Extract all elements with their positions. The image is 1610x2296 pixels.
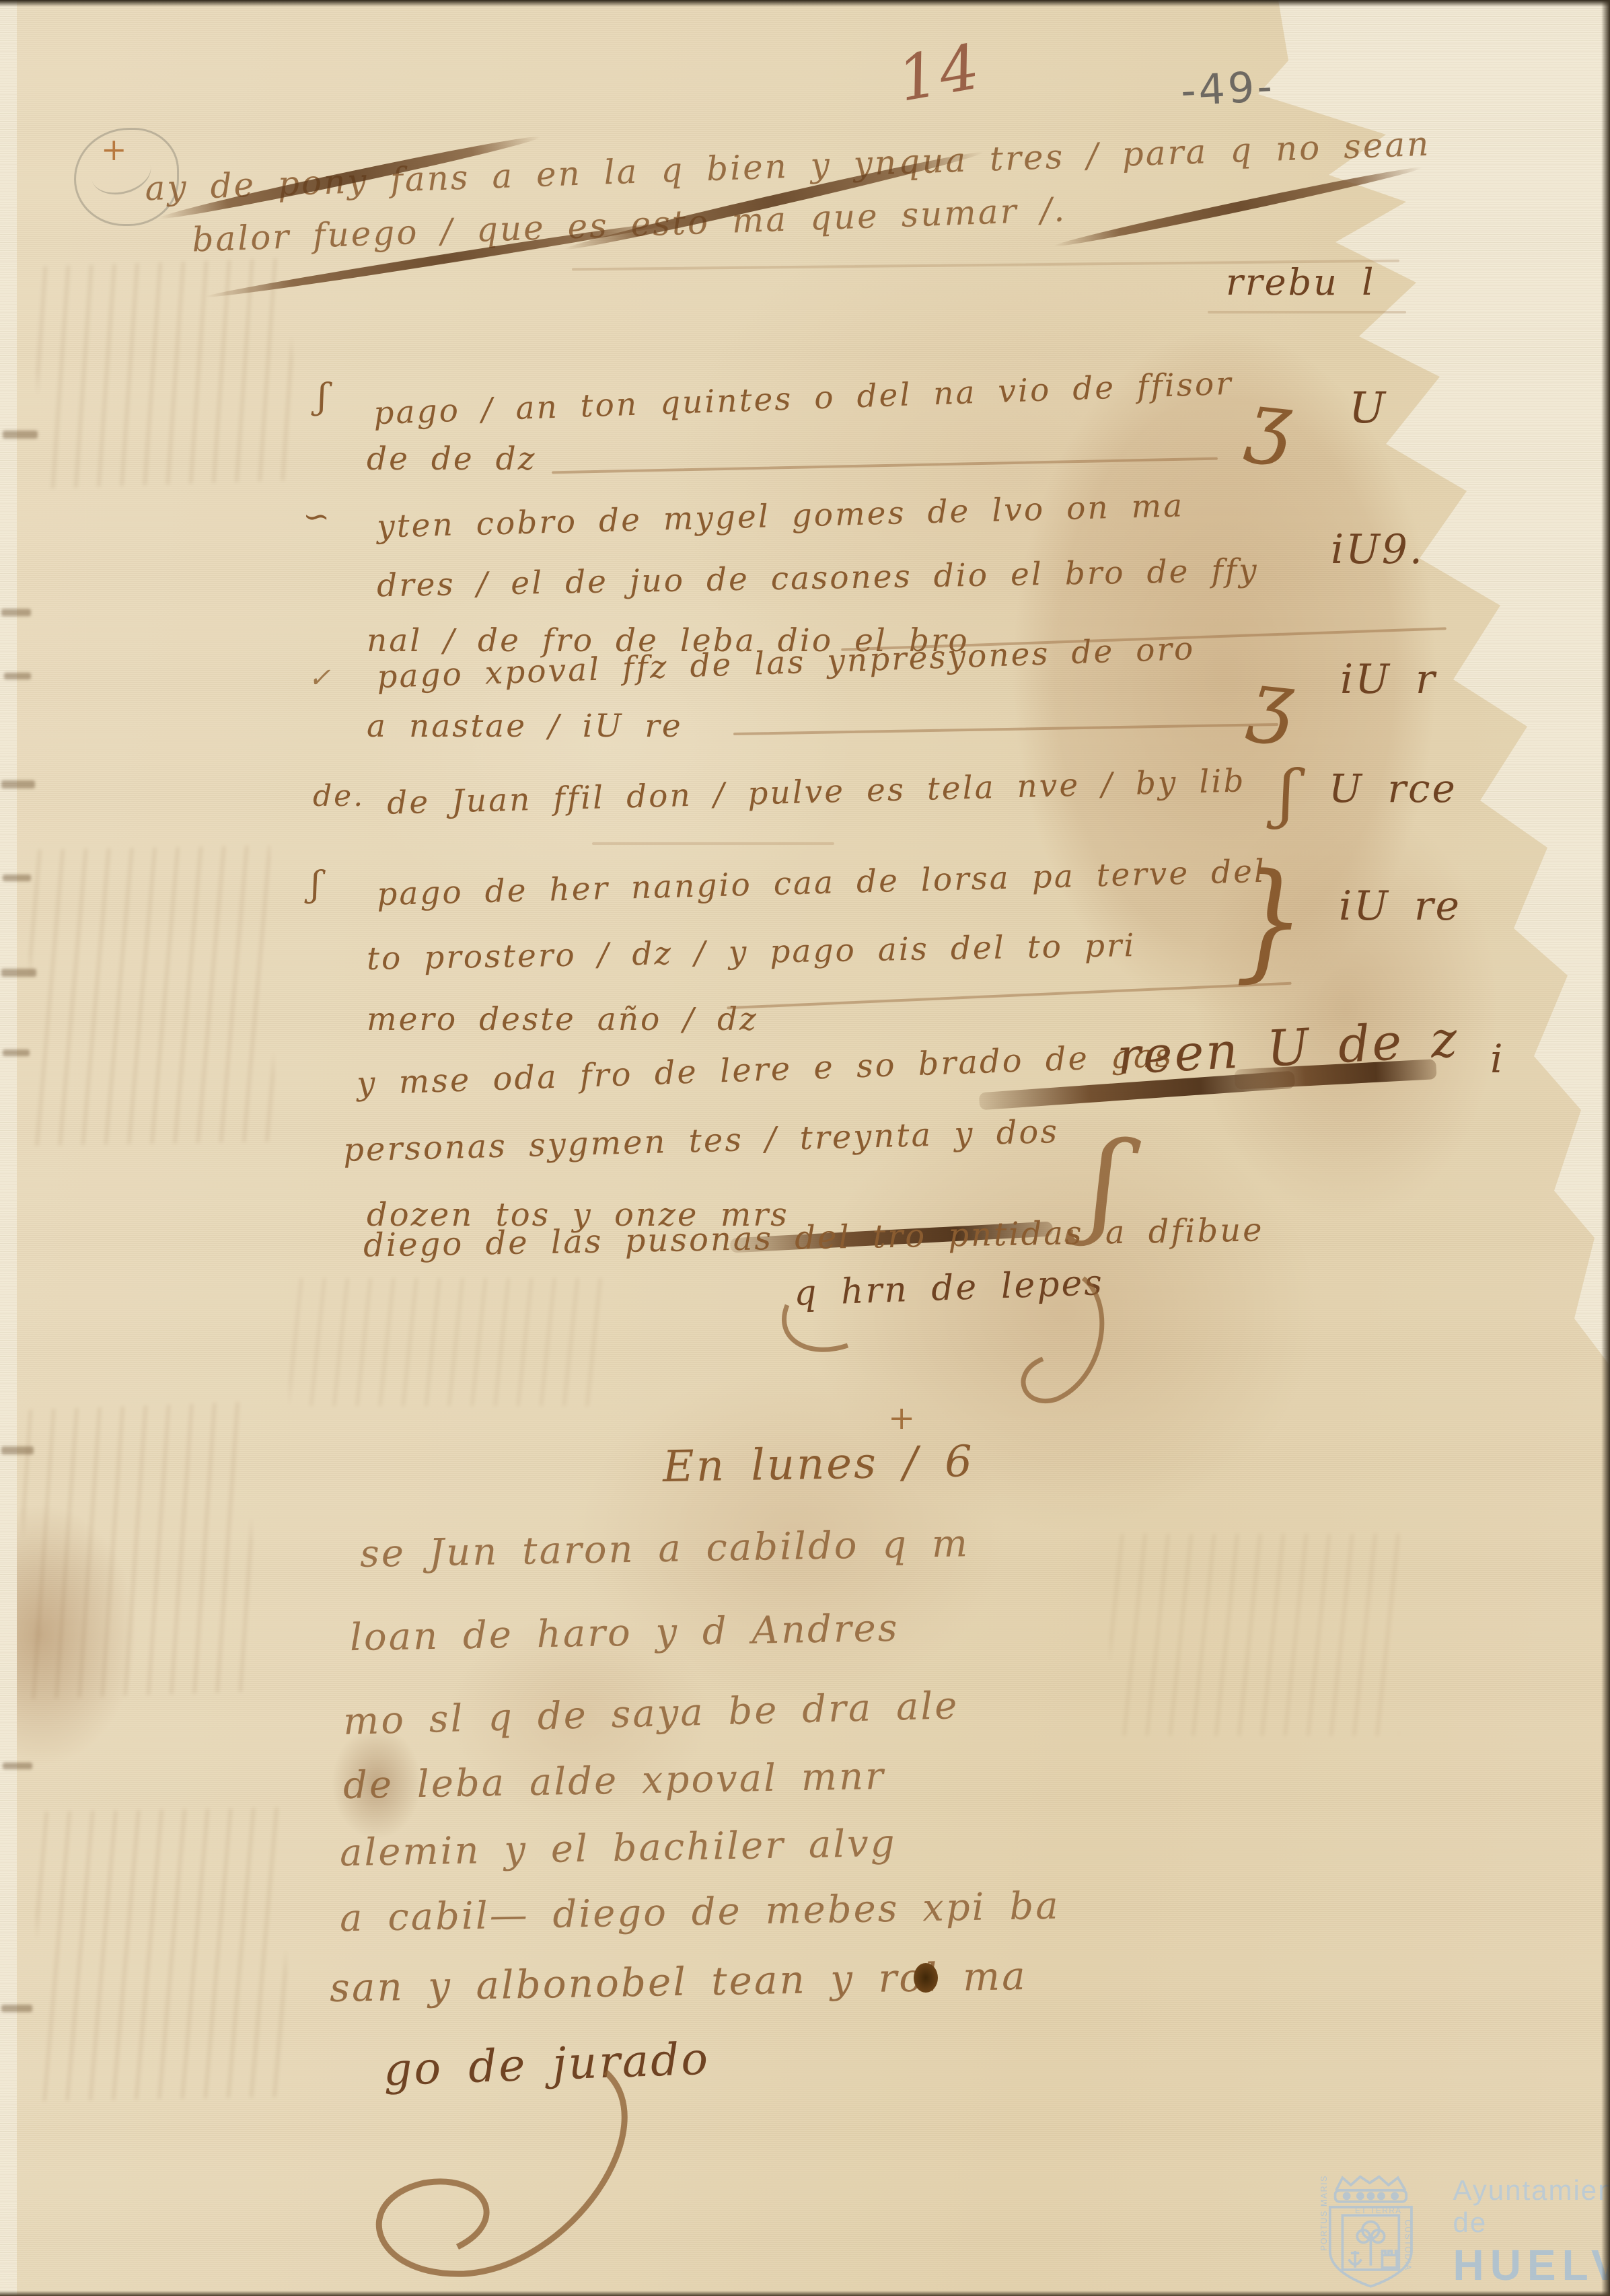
edge-mark (3, 875, 31, 881)
folio-number-ink: 14 (893, 30, 987, 116)
edge-mark (1, 2005, 32, 2012)
coat-motto-top: ET TERRA (1355, 2207, 1402, 2215)
entry-brace: } (1235, 846, 1307, 995)
signature-flourish (289, 2045, 706, 2294)
section-cross-icon: + (888, 1399, 917, 1437)
entry-mark: de. (313, 779, 365, 813)
header-cross-icon: + (101, 131, 129, 168)
coat-motto-right: CUSTODIA (1403, 2219, 1413, 2270)
bleedthrough-text (33, 258, 296, 488)
amount-numeral: iU r (1340, 656, 1437, 703)
huelva-coat-of-arms-icon: PORTUS MARIS ET TERRA CUSTODIA (1315, 2172, 1440, 2293)
bleedthrough-text (28, 846, 275, 1146)
entry-brace: ʃ (1278, 757, 1298, 831)
edge-mark (1, 609, 31, 616)
edge-mark (3, 431, 38, 439)
photo-edge-bottom (0, 2291, 1610, 2296)
signature-flourish (767, 1265, 1144, 1413)
entry-brace: ʒ (1243, 375, 1298, 469)
amount-column-header: rrebu l (1226, 261, 1375, 303)
coat-motto-left: PORTUS MARIS (1319, 2175, 1329, 2251)
section-heading: En lunes / 6 (662, 1437, 974, 1492)
ink-blot (914, 1963, 938, 1993)
ruled-line (1208, 311, 1406, 313)
edge-mark (1, 969, 36, 977)
entry-mark: ʃ (318, 377, 329, 417)
ledger-entry-line: mero deste año / dz (367, 1001, 758, 1038)
amount-numeral: iU9. (1331, 526, 1424, 573)
entry-fill-rule (592, 842, 834, 845)
edge-mark (1, 780, 35, 788)
huelva-watermark: PORTUS MARIS ET TERRA CUSTODIA Ayuntamie… (1315, 2172, 1610, 2293)
edge-mark (1, 1446, 34, 1454)
amount-numeral: iU re (1339, 883, 1461, 930)
bleedthrough-text (1110, 1534, 1399, 1736)
entry-mark: ✓ (308, 663, 333, 694)
amount-numeral: U rce (1329, 766, 1457, 811)
bleedthrough-text (289, 1278, 606, 1406)
photo-edge-right (1601, 0, 1610, 2296)
entry-mark: ʃ (311, 864, 322, 905)
entry-mark: ∽ (303, 498, 332, 535)
ledger-entry-line: a nastae / iU re (367, 708, 683, 745)
photo-edge-top (0, 0, 1610, 7)
folio-number-pencil: -49- (1179, 61, 1276, 115)
watermark-org-label: Ayuntamiento de (1453, 2174, 1610, 2239)
bleedthrough-text (19, 1402, 258, 1699)
scanned-manuscript-photo: { "top": { "folio_ink": "14", "folio_pen… (0, 0, 1610, 2296)
edge-mark (3, 1049, 30, 1056)
ledger-entry-line: de de dz (367, 441, 537, 478)
bleedthrough-text (34, 1808, 288, 2101)
edge-mark (3, 1763, 32, 1769)
entry-brace: ʒ (1245, 654, 1301, 748)
summary-amount-tick: i (1490, 1036, 1505, 1082)
amount-numeral: U (1349, 383, 1387, 433)
edge-mark (4, 673, 31, 679)
watermark-city-label: HUELVA (1453, 2240, 1610, 2290)
